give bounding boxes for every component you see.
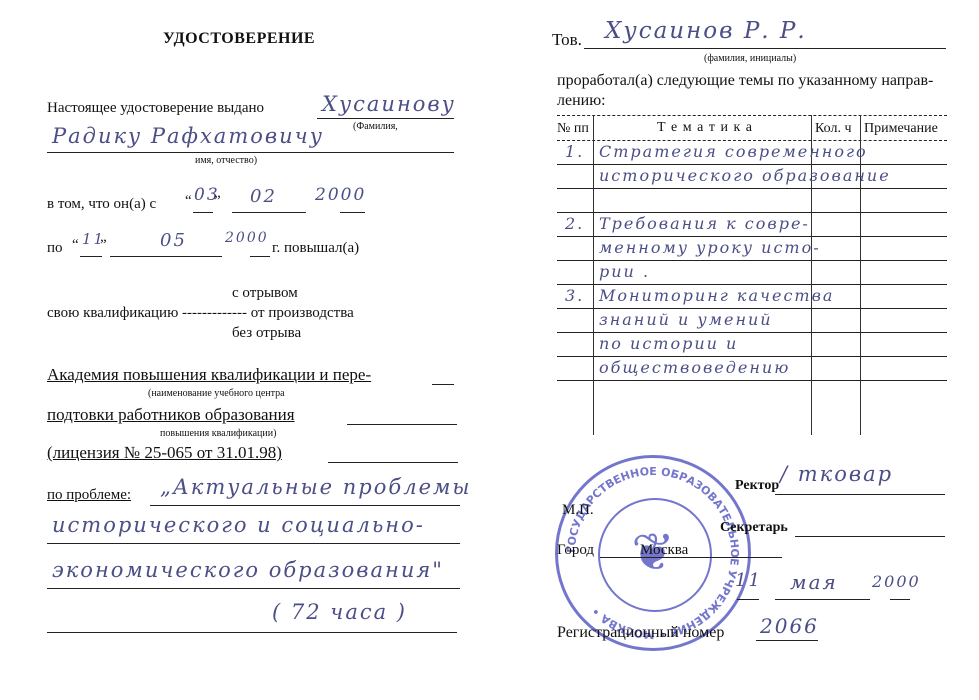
- to-year: 2000: [225, 230, 269, 246]
- comrade-label: Тов.: [552, 30, 582, 50]
- date-year: 2000: [872, 572, 921, 591]
- from-month: 02: [250, 186, 277, 207]
- name-caption: имя, отчество): [195, 155, 257, 166]
- comrade-caption: (фамилия, инициалы): [704, 53, 796, 64]
- topic-line: рии .: [599, 262, 650, 281]
- reg-label: Регистрационный номер: [557, 624, 724, 642]
- from-label: в том, что он(а) с: [47, 196, 156, 213]
- institution-line-2: подтовки работников образования: [47, 405, 295, 425]
- header-hours: Кол. ч: [815, 121, 851, 137]
- surname-handwritten: Хусаинову: [322, 92, 456, 116]
- topic-line: исторического образование: [599, 166, 891, 185]
- topic-line: Требования к совре-: [599, 214, 810, 233]
- problem-line-1: „Актуальные проблемы: [160, 475, 472, 499]
- hours-handwritten: ( 72 часа ): [272, 600, 407, 624]
- worked-text-2: лению:: [557, 92, 606, 110]
- row-number: 2.: [565, 214, 584, 233]
- row-number: 3.: [565, 286, 584, 305]
- mp-label: М.П.: [562, 502, 594, 519]
- problem-line-2: исторического и социально-: [52, 513, 425, 537]
- city-label: Город: [557, 542, 594, 559]
- header-num: № пп: [557, 121, 589, 137]
- topic-line: менному уроку исто-: [599, 238, 821, 257]
- surname-line: [317, 118, 454, 119]
- with-break-option: с отрывом: [232, 285, 298, 302]
- rector-label: Ректор: [735, 478, 779, 494]
- from-year: 2000: [315, 185, 366, 205]
- raised-label: г. повышал(а): [272, 240, 359, 257]
- rector-signature: / тковар: [780, 462, 893, 486]
- header-topic: Т е м а т и к а: [657, 120, 753, 136]
- topic-line: по истории и: [599, 334, 738, 353]
- reg-number: 2066: [760, 614, 819, 638]
- institution-line-1: Академия повышения квалификации и пере-: [47, 365, 371, 385]
- certificate-title: УДОСТОВЕРЕНИЕ: [163, 30, 315, 48]
- topic-line: Мониторинг качества: [599, 286, 834, 305]
- date-month: мая: [790, 570, 838, 594]
- header-notes: Примечание: [864, 121, 938, 137]
- without-break-option: без отрыва: [232, 325, 301, 342]
- row-number: 1.: [565, 142, 584, 161]
- license-text: (лицензия № 25-065 от 31.01.98): [47, 443, 282, 463]
- name-line: [47, 152, 454, 153]
- surname-caption: (Фамилия,: [353, 121, 398, 132]
- name-handwritten: Радику Рафхатовичу: [52, 124, 324, 148]
- problem-line-3: экономического образования": [52, 558, 444, 582]
- topic-line: знаний и умений: [599, 310, 773, 329]
- to-month: 05: [160, 230, 187, 251]
- qualification-label: свою квалификацию ------------- от произ…: [47, 305, 354, 322]
- worked-text-1: проработал(а) следующие темы по указанно…: [557, 72, 933, 90]
- secretary-label: Секретарь: [720, 520, 788, 536]
- date-day: 11: [735, 570, 762, 591]
- institution-caption-2: повышения квалификации): [160, 428, 276, 439]
- topic-line: обществоведению: [599, 358, 790, 377]
- comrade-handwritten: Хусаинов Р. Р.: [605, 18, 807, 44]
- institution-caption-1: (наименование учебного центра: [148, 388, 285, 399]
- to-label: по: [47, 240, 63, 257]
- city-value: Москва: [640, 542, 688, 559]
- issued-label: Настоящее удостоверение выдано: [47, 100, 264, 117]
- topic-line: Стратегия современного: [599, 142, 868, 161]
- problem-label: по проблеме:: [47, 487, 131, 504]
- topics-table: № пп Т е м а т и к а Кол. ч Примечание 1…: [557, 115, 947, 435]
